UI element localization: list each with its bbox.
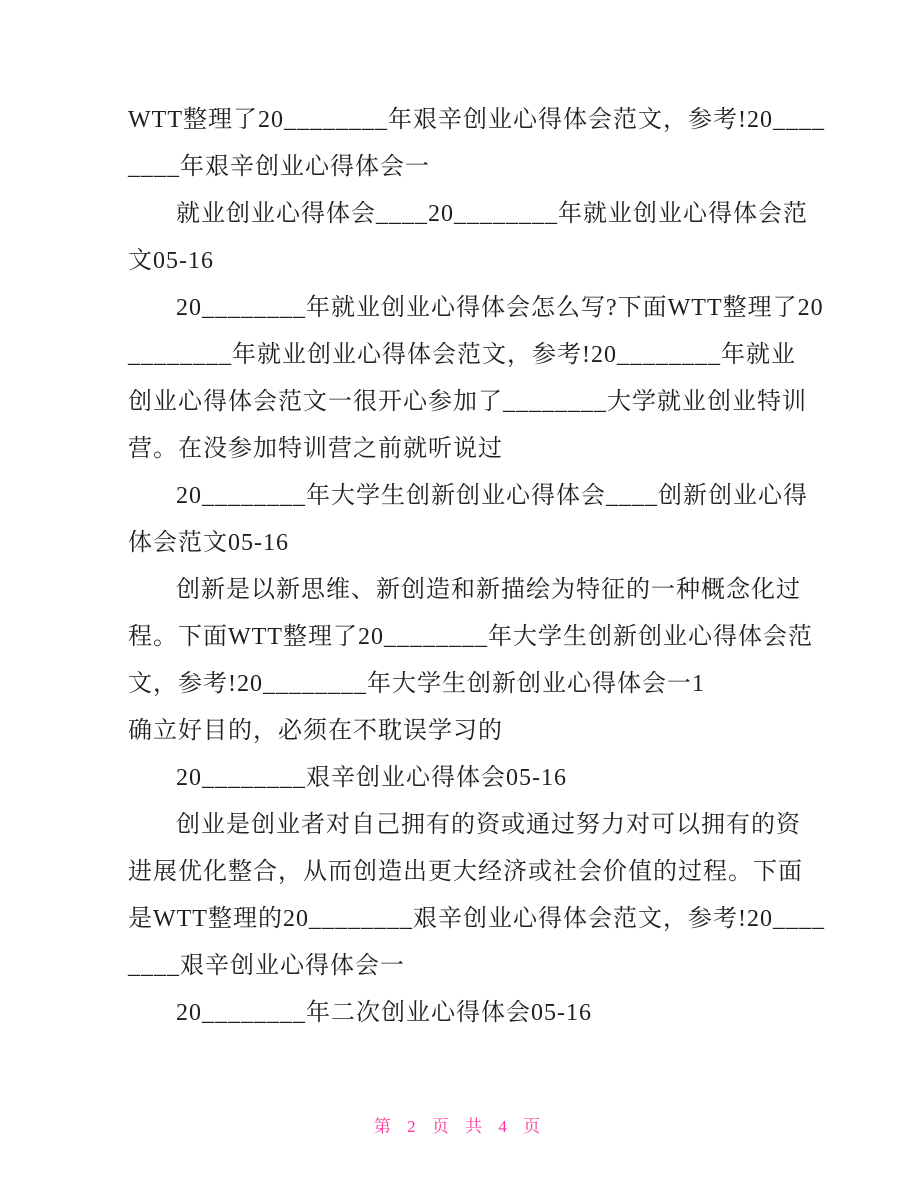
document-line: 创业心得体会范文一很开心参加了________大学就业创业特训 [128,379,792,426]
document-line: 20________艰辛创业心得体会05-16 [128,755,792,802]
document-line: 创新是以新思维、新创造和新描绘为特征的一种概念化过 [128,567,792,614]
document-line: 是WTT整理的20________艰辛创业心得体会范文，参考!20____ [128,896,792,943]
document-line: ________年就业创业心得体会范文，参考!20________年就业 [128,332,792,379]
page-number-footer: 第 2 页 共 4 页 [0,1112,920,1137]
document-line: 20________年二次创业心得体会05-16 [128,990,792,1037]
document-line: ____艰辛创业心得体会一 [128,943,792,990]
document-page: WTT整理了20________年艰辛创业心得体会范文，参考!20____ __… [0,0,920,1191]
document-line: 进展优化整合，从而创造出更大经济或社会价值的过程。下面 [128,849,792,896]
document-line: 创业是创业者对自己拥有的资或通过努力对可以拥有的资 [128,802,792,849]
document-line: 营。在没参加特训营之前就听说过 [128,426,792,473]
document-line: WTT整理了20________年艰辛创业心得体会范文，参考!20____ [128,97,792,144]
document-line: 程。下面WTT整理了20________年大学生创新创业心得体会范 [128,614,792,661]
document-line: 20________年就业创业心得体会怎么写?下面WTT整理了20 [128,285,792,332]
document-line: 20________年大学生创新创业心得体会____创新创业心得 [128,473,792,520]
document-text-block: WTT整理了20________年艰辛创业心得体会范文，参考!20____ __… [128,97,792,1037]
document-line: 文，参考!20________年大学生创新创业心得体会一1 [128,661,792,708]
document-line: 就业创业心得体会____20________年就业创业心得体会范 [128,191,792,238]
document-line: ____年艰辛创业心得体会一 [128,144,792,191]
document-line: 文05-16 [128,238,792,285]
document-line: 确立好目的，必须在不耽误学习的 [128,708,792,755]
document-line: 体会范文05-16 [128,520,792,567]
